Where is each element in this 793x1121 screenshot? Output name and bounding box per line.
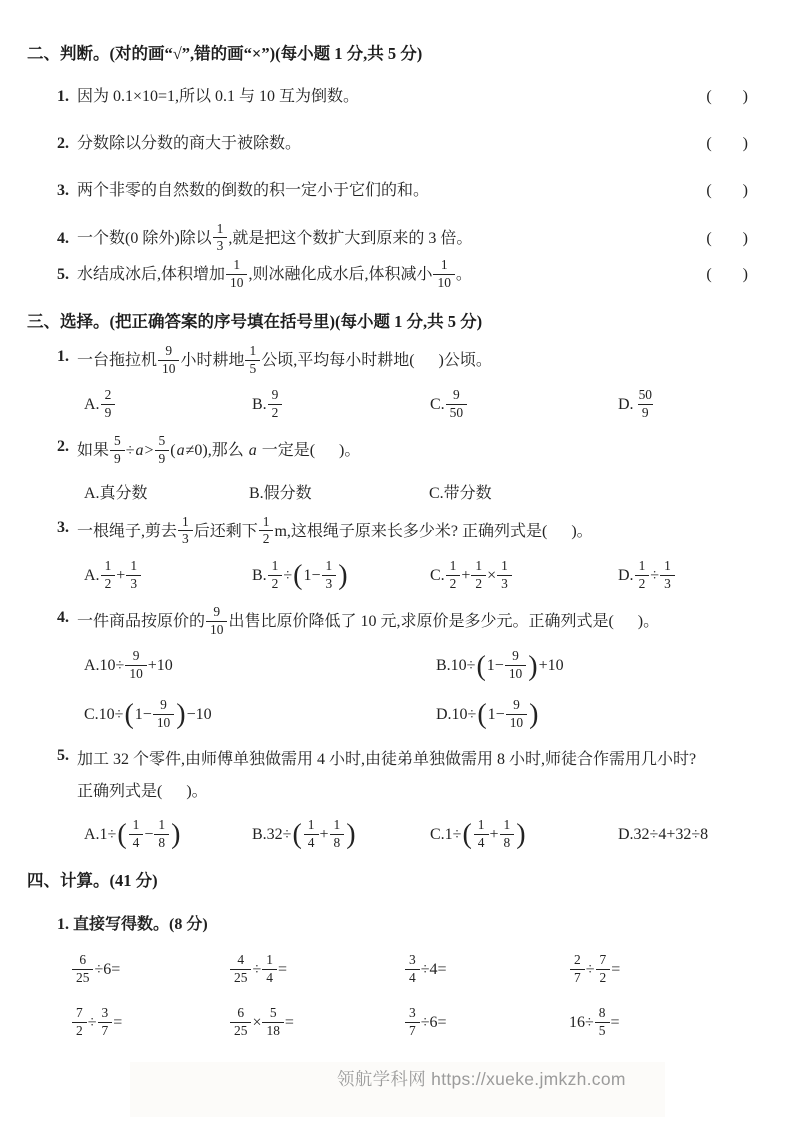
big-paren: ( [291,819,302,850]
fraction: 59 [110,434,125,467]
calc-subtitle: 1. 直接写得数。(8 分) [57,911,749,934]
calc-expression: 34÷4= [404,954,569,987]
choice-question: 4.一件商品按原价的910出售比原价降低了 10 元,求原价是多少元。正确列式是… [27,606,749,732]
choice-question: 1.一台拖拉机910小时耕地15公顷,平均每小时耕地( )公顷。A.29B.92… [27,345,749,422]
fraction: 910 [506,698,527,731]
choice-option: C.950 [430,389,618,422]
choice-option: A.29 [84,389,252,422]
choice-option: A.真分数 [84,480,249,503]
judge-item-text: 水结成冰后,体积增加110,则冰融化成水后,体积减小110。 [77,259,472,292]
fraction: 12 [259,515,274,548]
fraction: 12 [101,559,116,592]
test-paper-page: 二、判断。(对的画“√”,错的画“×”)(每小题 1 分,共 5 分) 1.因为… [0,0,793,1121]
calc-expression: 37÷6= [404,1007,569,1040]
judge-item: 4.一个数(0 除外)除以13,就是把这个数扩大到原来的 3 倍。( ) [27,223,749,256]
choice-option: D.10÷(1−910) [436,699,749,732]
judge-item-number: 3. [57,179,69,203]
judge-item: 2.分数除以分数的商大于被除数。( ) [27,128,749,159]
choice-option: A.12+13 [84,560,252,593]
section-calc-title: 四、计算。(41 分) [27,867,749,891]
big-paren: ( [116,819,127,850]
judge-item-number: 2. [57,132,69,156]
choice-question-text: 一台拖拉机910小时耕地15公顷,平均每小时耕地( )公顷。 [77,345,492,378]
judge-item-text: 两个非零的自然数的倒数的积一定小于它们的和。 [77,175,429,206]
choice-option: C.10÷(1−910)−10 [84,699,436,732]
calc-expression: 425÷14= [229,954,404,987]
calc-grid: 625÷6=425÷14=34÷4=27÷72=72÷37=625×518=37… [71,954,749,1039]
section-calc: 四、计算。(41 分) 1. 直接写得数。(8 分) 625÷6=425÷14=… [27,867,749,1039]
choice-question-head: 1.一台拖拉机910小时耕地15公顷,平均每小时耕地( )公顷。 [57,345,749,378]
big-paren: ) [175,699,186,730]
fraction: 72 [596,953,611,986]
judge-item: 3.两个非零的自然数的倒数的积一定小于它们的和。( ) [27,175,749,206]
math-variable: a [135,442,145,459]
choice-options: A.真分数B.假分数C.带分数 [84,480,749,503]
judge-item-number: 5. [57,263,69,287]
judge-item-body: 1.因为 0.1×10=1,所以 0.1 与 10 互为倒数。 [57,81,359,112]
fraction: 509 [635,388,656,421]
choice-option: C.1÷(14+18) [430,819,618,852]
fraction: 13 [213,222,228,255]
fraction: 910 [206,605,227,638]
fraction: 12 [268,559,283,592]
fraction: 14 [129,818,144,851]
fraction: 13 [178,515,193,548]
fraction: 12 [635,559,650,592]
judge-item-text: 一个数(0 除外)除以13,就是把这个数扩大到原来的 3 倍。 [77,223,472,256]
choice-option: D.509 [618,389,749,422]
fraction: 625 [230,1006,251,1039]
choice-option: B.92 [252,389,430,422]
fraction: 18 [500,818,515,851]
math-variable: a [176,442,186,459]
calc-expression: 625×518= [229,1007,404,1040]
choice-question-head: 2.如果59÷a>59(a≠0),那么 a 一定是( )。 [57,435,749,468]
fraction: 92 [268,388,283,421]
choice-question-number: 1. [57,345,69,369]
judge-list: 1.因为 0.1×10=1,所以 0.1 与 10 互为倒数。( )2.分数除以… [27,81,749,292]
choice-option: B.10÷(1−910)+10 [436,650,749,683]
fraction: 15 [245,344,260,377]
answer-bracket: ( ) [706,230,749,248]
choice-question-text: 一件商品按原价的910出售比原价降低了 10 元,求原价是多少元。正确列式是( … [77,606,659,639]
fraction: 13 [126,559,141,592]
judge-item-number: 1. [57,85,69,109]
fraction: 72 [72,1006,87,1039]
choice-question-number: 2. [57,435,69,459]
big-paren: ) [345,819,356,850]
choice-options: A.10÷910+10B.10÷(1−910)+10C.10÷(1−910)−1… [84,650,749,731]
calc-expression: 16÷85= [569,1007,749,1040]
fraction: 910 [153,698,174,731]
choice-question: 2.如果59÷a>59(a≠0),那么 a 一定是( )。A.真分数B.假分数C… [27,435,749,503]
choice-option: C.12+12×13 [430,560,618,593]
fraction: 518 [262,1006,283,1039]
choice-options: A.1÷(14−18)B.32÷(14+18)C.1÷(14+18)D.32÷4… [84,819,749,852]
judge-item: 1.因为 0.1×10=1,所以 0.1 与 10 互为倒数。( ) [27,81,749,112]
fraction: 18 [154,818,169,851]
fraction: 18 [330,818,345,851]
choice-question: 3.一根绳子,剪去13后还剩下12m,这根绳子原来长多少米? 正确列式是( )。… [27,516,749,593]
big-paren: ( [461,819,472,850]
fraction: 34 [405,953,420,986]
fraction: 14 [474,818,489,851]
answer-bracket: ( ) [706,88,749,106]
big-paren: ) [527,651,538,682]
fraction: 37 [405,1006,420,1039]
math-variable: a [248,442,258,459]
judge-item-text: 因为 0.1×10=1,所以 0.1 与 10 互为倒数。 [77,81,359,112]
fraction: 910 [125,649,146,682]
fraction: 14 [304,818,319,851]
big-paren: ( [475,651,486,682]
calc-expression: 27÷72= [569,954,749,987]
fraction: 910 [158,344,179,377]
judge-item-body: 3.两个非零的自然数的倒数的积一定小于它们的和。 [57,175,429,206]
fraction: 910 [505,649,526,682]
choice-option: D.12÷13 [618,560,749,593]
calc-expression: 72÷37= [71,1007,229,1040]
big-paren: ) [337,560,348,591]
fraction: 13 [322,559,337,592]
choice-option: B.假分数 [249,480,429,503]
judge-item-body: 2.分数除以分数的商大于被除数。 [57,128,301,159]
choice-options: A.29B.92C.950D.509 [84,389,749,422]
fraction: 59 [155,434,170,467]
choice-question-number: 3. [57,516,69,540]
choice-option: A.10÷910+10 [84,650,436,683]
choice-option: B.12÷(1−13) [252,560,430,593]
calc-expression: 625÷6= [71,954,229,987]
choice-question: 5.加工 32 个零件,由师傅单独做需用 4 小时,由徒弟单独做需用 8 小时,… [27,744,749,851]
judge-item: 5.水结成冰后,体积增加110,则冰融化成水后,体积减小110。( ) [27,259,749,292]
big-paren: ( [292,560,303,591]
fraction: 12 [446,559,461,592]
choice-option: D.32÷4+32÷8 [618,826,749,844]
answer-bracket: ( ) [706,266,749,284]
fraction: 37 [98,1006,113,1039]
footer-watermark: 领航学科网 https://xueke.jmkzh.com [337,1066,626,1091]
judge-item-number: 4. [57,227,69,251]
choice-options: A.12+13B.12÷(1−13)C.12+12×13D.12÷13 [84,560,749,593]
fraction: 12 [471,559,486,592]
choice-option: C.带分数 [429,480,749,503]
choice-question-text: 加工 32 个零件,由师傅单独做需用 4 小时,由徒弟单独做需用 8 小时,师徒… [77,744,696,806]
choice-option: A.1÷(14−18) [84,819,252,852]
section-choice: 三、选择。(把正确答案的序号填在括号里)(每小题 1 分,共 5 分) 1.一台… [27,308,749,852]
fraction: 29 [101,388,116,421]
fraction: 425 [230,953,251,986]
section-choice-title: 三、选择。(把正确答案的序号填在括号里)(每小题 1 分,共 5 分) [27,308,749,332]
answer-bracket: ( ) [706,135,749,153]
fraction: 13 [660,559,675,592]
choice-question-head: 4.一件商品按原价的910出售比原价降低了 10 元,求原价是多少元。正确列式是… [57,606,749,639]
judge-item-body: 5.水结成冰后,体积增加110,则冰融化成水后,体积减小110。 [57,259,472,292]
fraction: 14 [262,953,277,986]
big-paren: ) [515,819,526,850]
judge-item-text: 分数除以分数的商大于被除数。 [77,128,301,159]
answer-bracket: ( ) [706,182,749,200]
choice-question-text: 如果59÷a>59(a≠0),那么 a 一定是( )。 [77,435,360,468]
choice-question-number: 4. [57,606,69,630]
big-paren: ( [476,699,487,730]
fraction: 625 [72,953,93,986]
choice-question-text: 一根绳子,剪去13后还剩下12m,这根绳子原来长多少米? 正确列式是( )。 [77,516,593,549]
judge-item-body: 4.一个数(0 除外)除以13,就是把这个数扩大到原来的 3 倍。 [57,223,472,256]
fraction: 950 [446,388,467,421]
big-paren: ) [170,819,181,850]
section-judge: 二、判断。(对的画“√”,错的画“×”)(每小题 1 分,共 5 分) 1.因为… [27,40,749,292]
big-paren: ( [123,699,134,730]
choice-list: 1.一台拖拉机910小时耕地15公顷,平均每小时耕地( )公顷。A.29B.92… [27,345,749,852]
choice-question-head: 3.一根绳子,剪去13后还剩下12m,这根绳子原来长多少米? 正确列式是( )。 [57,516,749,549]
choice-question-number: 5. [57,744,69,768]
big-paren: ) [528,699,539,730]
fraction: 13 [497,559,512,592]
fraction: 110 [433,258,454,291]
section-judge-title: 二、判断。(对的画“√”,错的画“×”)(每小题 1 分,共 5 分) [27,40,749,64]
fraction: 85 [595,1006,610,1039]
fraction: 110 [226,258,247,291]
choice-question-head: 5.加工 32 个零件,由师傅单独做需用 4 小时,由徒弟单独做需用 8 小时,… [57,744,749,806]
choice-option: B.32÷(14+18) [252,819,430,852]
fraction: 27 [570,953,585,986]
